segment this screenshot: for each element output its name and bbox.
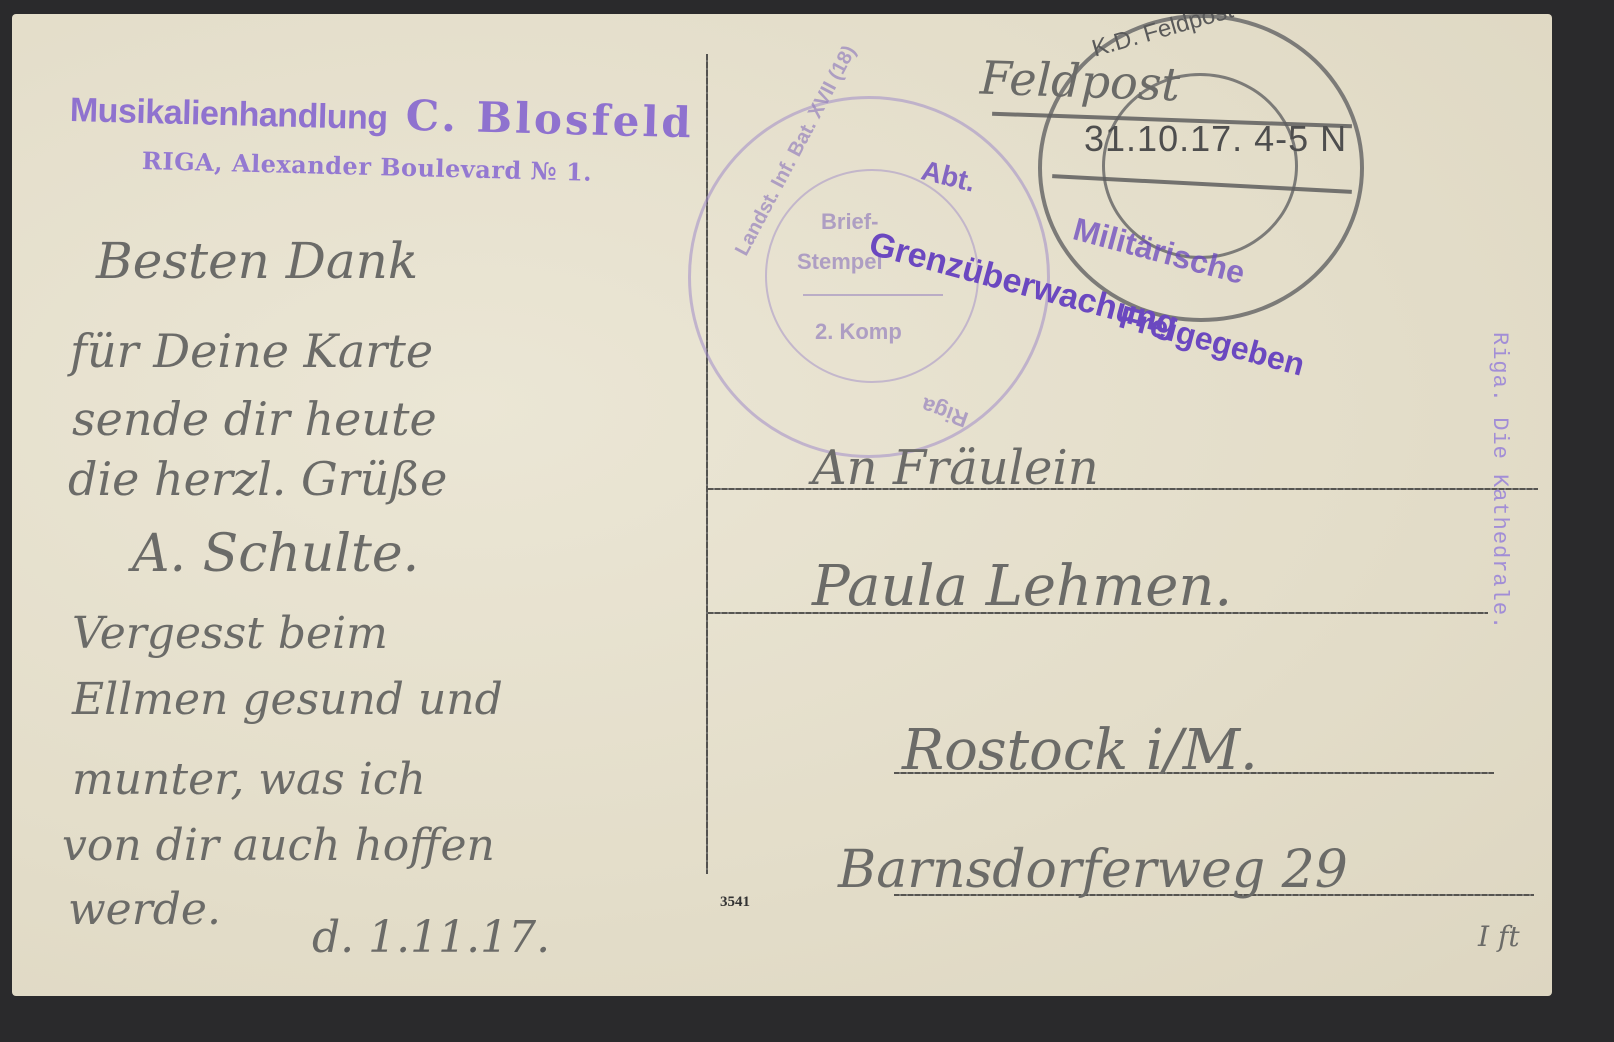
postmark-date: 31.10.17. 4-5 N [1084,118,1347,160]
address-line-1: An Fräulein [812,440,1099,496]
photo-caption-vertical: Riga. Die Kathedrale. [1487,332,1512,630]
message-line-9: von dir auch hoffen [62,820,495,871]
message-line-6: Vergesst beim [72,608,388,659]
message-line-2: für Deine Karte [70,324,433,378]
publisher-stamp-address: RIGA, Alexander Boulevard № 1. [142,146,593,187]
regiment-seal-divider [803,294,943,296]
address-note: I ft [1478,920,1520,953]
postcard-back: MusikalienhandlungC. Blosfeld RIGA, Alex… [12,14,1552,996]
address-line-2: Paula Lehmen. [812,554,1232,619]
publisher-shop-type: Musikalienhandlung [69,91,388,137]
address-line-3: Rostock i/M. [902,718,1258,783]
message-line-10: werde. [68,884,221,935]
center-divider-line [706,54,708,874]
regiment-seal-center-3: 2. Komp [815,319,902,345]
card-number: 3541 [720,894,750,911]
regiment-seal-center-1: Brief- [821,209,878,235]
message-date: d. 1.11.17. [312,912,550,963]
publisher-firm: C. Blosfeld [405,91,694,148]
regiment-seal-bottom-text: Riga [918,392,972,433]
message-line-1: Besten Dank [96,232,418,290]
message-line-7: Ellmen gesund und [72,674,503,725]
message-line-4: die herzl. Grüße [68,452,447,506]
handwritten-feldpost: Feldpost [979,51,1181,112]
message-line-5: A. Schulte. [132,524,419,584]
publisher-stamp-name: MusikalienhandlungC. Blosfeld [69,82,694,147]
address-line-4: Barnsdorferweg 29 [838,840,1348,900]
message-line-8: munter, was ich [72,754,426,805]
message-line-3: sende dir heute [72,392,437,446]
